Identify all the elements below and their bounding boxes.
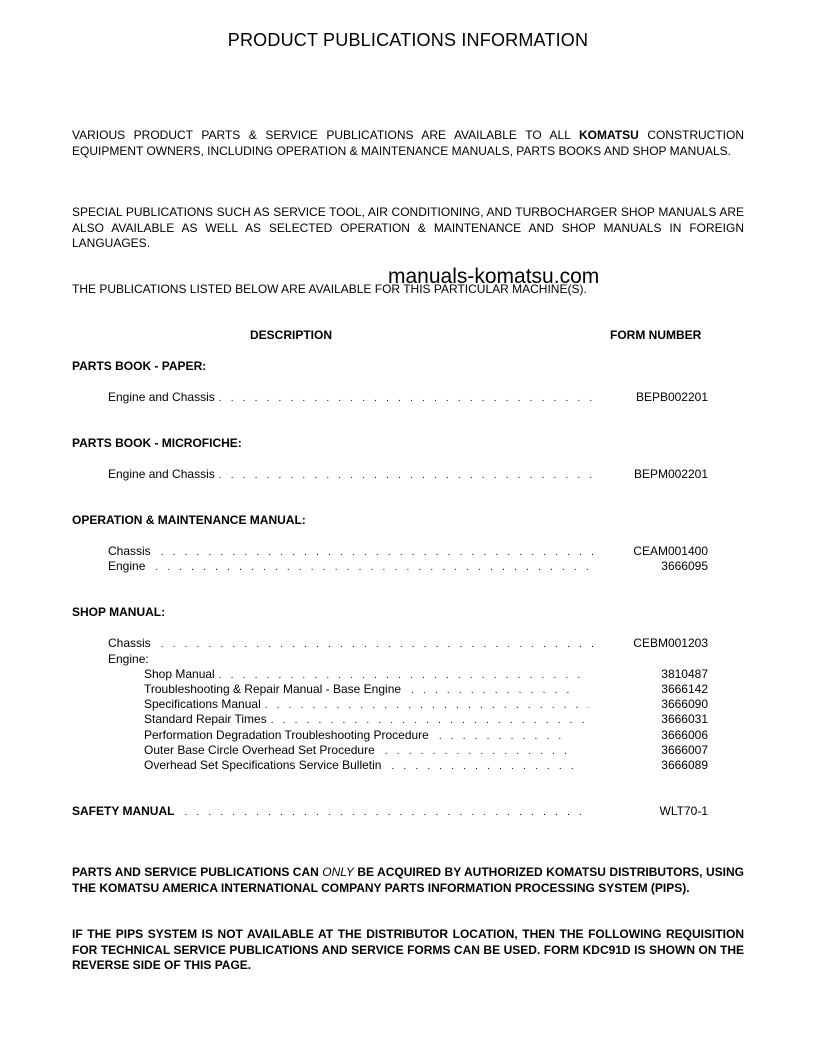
- publication-label: Chassis: [108, 544, 161, 559]
- form-number: 3666090: [661, 697, 708, 712]
- intro-paragraph-1: VARIOUS PRODUCT PARTS & SERVICE PUBLICAT…: [72, 128, 744, 159]
- safety-manual-row: SAFETY MANUAL . . . . . . . . . . . . . …: [72, 804, 708, 819]
- publication-row: Standard Repair Times . . . . . . . . . …: [144, 712, 708, 727]
- dot-leader: . . . . . . . . . . . . . . . . . . . . …: [439, 729, 569, 744]
- closing-text: PARTS AND SERVICE PUBLICATIONS CAN: [72, 865, 322, 879]
- form-number: 3666031: [661, 712, 708, 727]
- form-number: 3666007: [661, 743, 708, 758]
- dot-leader: . . . . . . . . . . . . . . . . . . . . …: [155, 560, 595, 575]
- form-number: CEBM001203: [633, 636, 708, 651]
- dot-leader: . . . . . . . . . . . . . . . . . . . . …: [219, 468, 594, 483]
- closing-paragraph-1: PARTS AND SERVICE PUBLICATIONS CAN ONLY …: [72, 865, 744, 896]
- publication-label: Engine and Chassis: [108, 467, 219, 482]
- emphasis-only: ONLY: [322, 865, 354, 879]
- section-heading: SHOP MANUAL:: [72, 605, 165, 619]
- dot-leader: . . . . . . . . . . . . . . . . . . . . …: [265, 698, 589, 713]
- column-header-description: DESCRIPTION: [250, 328, 332, 342]
- publication-label: Performation Degradation Troubleshooting…: [144, 728, 439, 743]
- watermark: manuals-komatsu.com: [388, 266, 599, 287]
- publication-label: Troubleshooting & Repair Manual - Base E…: [144, 682, 411, 697]
- publication-label: Outer Base Circle Overhead Set Procedure: [144, 743, 385, 758]
- dot-leader: . . . . . . . . . . . . . . . . . . . . …: [219, 668, 589, 683]
- form-number: WLT70-1: [660, 804, 708, 819]
- section-heading: OPERATION & MAINTENANCE MANUAL:: [72, 513, 306, 527]
- section-heading: PARTS BOOK - MICROFICHE:: [72, 436, 242, 450]
- form-number: 3666089: [661, 758, 708, 773]
- publication-row: Engine . . . . . . . . . . . . . . . . .…: [108, 559, 708, 574]
- publication-label: Shop Manual: [144, 667, 219, 682]
- page-title: PRODUCT PUBLICATIONS INFORMATION: [0, 30, 816, 51]
- dot-leader: . . . . . . . . . . . . . . . . . . . . …: [184, 805, 589, 820]
- dot-leader: . . . . . . . . . . . . . . . . . . . . …: [161, 637, 593, 652]
- publication-row: Performation Degradation Troubleshooting…: [144, 728, 708, 743]
- dot-leader: . . . . . . . . . . . . . . . . . . . . …: [271, 713, 587, 728]
- brand-name: KOMATSU: [579, 128, 639, 142]
- publication-label: Specifications Manual: [144, 697, 265, 712]
- publication-row: Engine and Chassis . . . . . . . . . . .…: [108, 390, 708, 405]
- publication-row: Chassis . . . . . . . . . . . . . . . . …: [108, 636, 708, 651]
- publication-row: Overhead Set Specifications Service Bull…: [144, 758, 708, 773]
- column-header-form-number: FORM NUMBER: [610, 328, 701, 342]
- closing-paragraph-2: IF THE PIPS SYSTEM IS NOT AVAILABLE AT T…: [72, 927, 744, 974]
- intro-paragraph-2: SPECIAL PUBLICATIONS SUCH AS SERVICE TOO…: [72, 205, 744, 252]
- publication-label: Overhead Set Specifications Service Bull…: [144, 758, 391, 773]
- intro-text: VARIOUS PRODUCT PARTS & SERVICE PUBLICAT…: [72, 128, 579, 142]
- publication-label: Standard Repair Times: [144, 712, 271, 727]
- dot-leader: . . . . . . . . . . . . . . . . . . . . …: [219, 391, 594, 406]
- dot-leader: . . . . . . . . . . . . . . . . . . . . …: [161, 545, 593, 560]
- publication-row: Specifications Manual . . . . . . . . . …: [144, 697, 708, 712]
- subsection-heading: Engine:: [108, 652, 149, 666]
- publication-row: Troubleshooting & Repair Manual - Base E…: [144, 682, 708, 697]
- publication-label: Chassis: [108, 636, 161, 651]
- form-number: BEPB002201: [636, 390, 708, 405]
- publication-row: Chassis . . . . . . . . . . . . . . . . …: [108, 544, 708, 559]
- publication-label: SAFETY MANUAL: [72, 804, 184, 819]
- publication-row: Shop Manual . . . . . . . . . . . . . . …: [144, 667, 708, 682]
- form-number: 3666142: [661, 682, 708, 697]
- publication-label: Engine and Chassis: [108, 390, 219, 405]
- dot-leader: . . . . . . . . . . . . . . . . . . . . …: [391, 759, 581, 774]
- dot-leader: . . . . . . . . . . . . . . . . . . . . …: [385, 744, 575, 759]
- publication-row: Outer Base Circle Overhead Set Procedure…: [144, 743, 708, 758]
- publication-row: Engine and Chassis . . . . . . . . . . .…: [108, 467, 708, 482]
- form-number: 3666095: [661, 559, 708, 574]
- publication-label: Engine: [108, 559, 155, 574]
- section-heading: PARTS BOOK - PAPER:: [72, 359, 206, 373]
- form-number: 3666006: [661, 728, 708, 743]
- dot-leader: . . . . . . . . . . . . . . . . . . . . …: [411, 683, 576, 698]
- form-number: 3810487: [661, 667, 708, 682]
- form-number: CEAM001400: [633, 544, 708, 559]
- form-number: BEPM002201: [634, 467, 708, 482]
